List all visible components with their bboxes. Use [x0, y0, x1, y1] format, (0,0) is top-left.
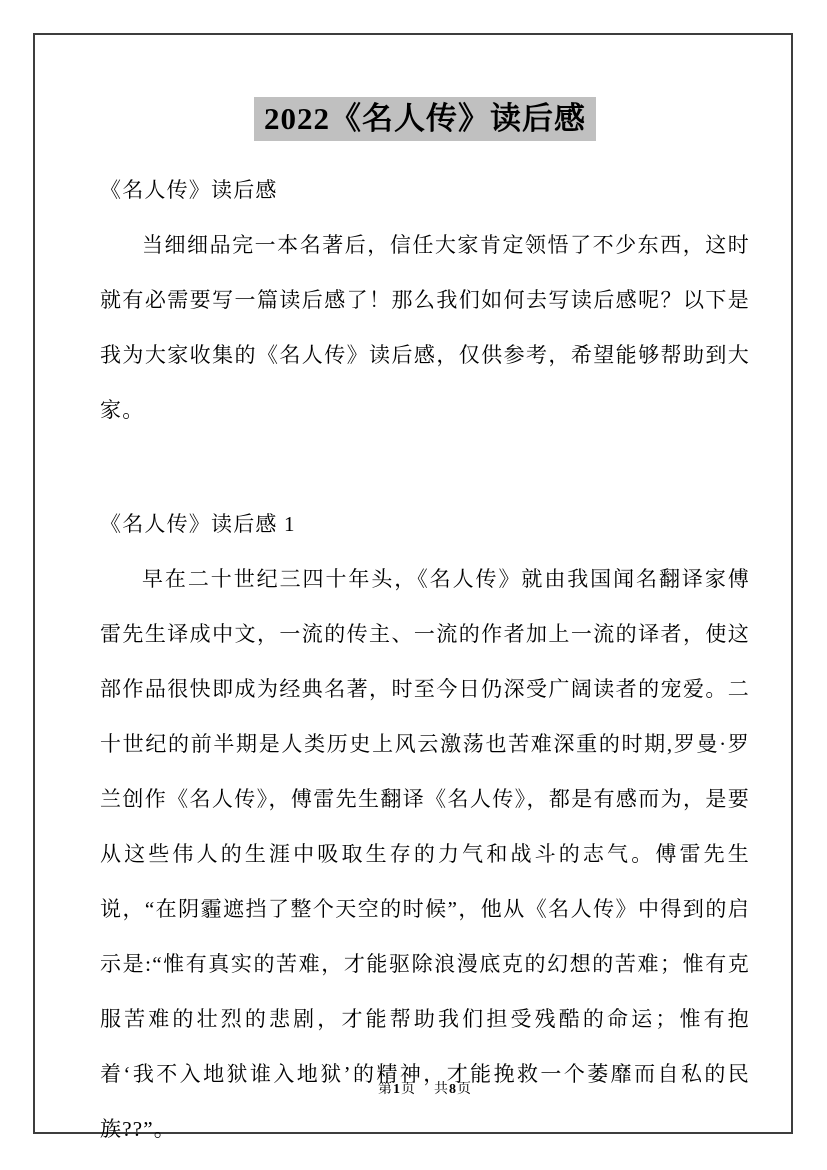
title-row: 2022《名人传》读后感 — [100, 97, 750, 143]
total-pages-suffix: 页 — [457, 1082, 472, 1097]
current-page-number: 1 — [393, 1082, 401, 1097]
document-content: 2022《名人传》读后感 《名人传》读后感 当细细品完一本名著后，信任大家肯定领… — [100, 0, 750, 1157]
paragraph: 当细细品完一本名著后，信任大家肯定领悟了不少东西，这时就有必需要写一篇读后感了！… — [100, 218, 750, 438]
current-page-label: 第1页 — [378, 1082, 416, 1097]
current-page-prefix: 第 — [378, 1082, 393, 1097]
section-2: 《名人传》读后感 1 早在二十世纪三四十年头，《名人传》就由我国闻名翻译家傅雷先… — [100, 497, 750, 1157]
total-pages-prefix: 共 — [434, 1082, 449, 1097]
current-page-suffix: 页 — [401, 1082, 416, 1097]
document-page: 2022《名人传》读后感 《名人传》读后感 当细细品完一本名著后，信任大家肯定领… — [0, 0, 827, 1170]
section-heading: 《名人传》读后感 — [100, 163, 750, 218]
section-1: 《名人传》读后感 当细细品完一本名著后，信任大家肯定领悟了不少东西，这时就有必需… — [100, 163, 750, 438]
total-pages-number: 8 — [449, 1082, 457, 1097]
page-footer: 第1页共8页 — [100, 1078, 750, 1098]
document-title: 2022《名人传》读后感 — [254, 97, 596, 141]
section-heading: 《名人传》读后感 1 — [100, 497, 750, 552]
total-pages-label: 共8页 — [434, 1082, 472, 1097]
paragraph: 早在二十世纪三四十年头，《名人传》就由我国闻名翻译家傅雷先生译成中文，一流的传主… — [100, 552, 750, 1157]
